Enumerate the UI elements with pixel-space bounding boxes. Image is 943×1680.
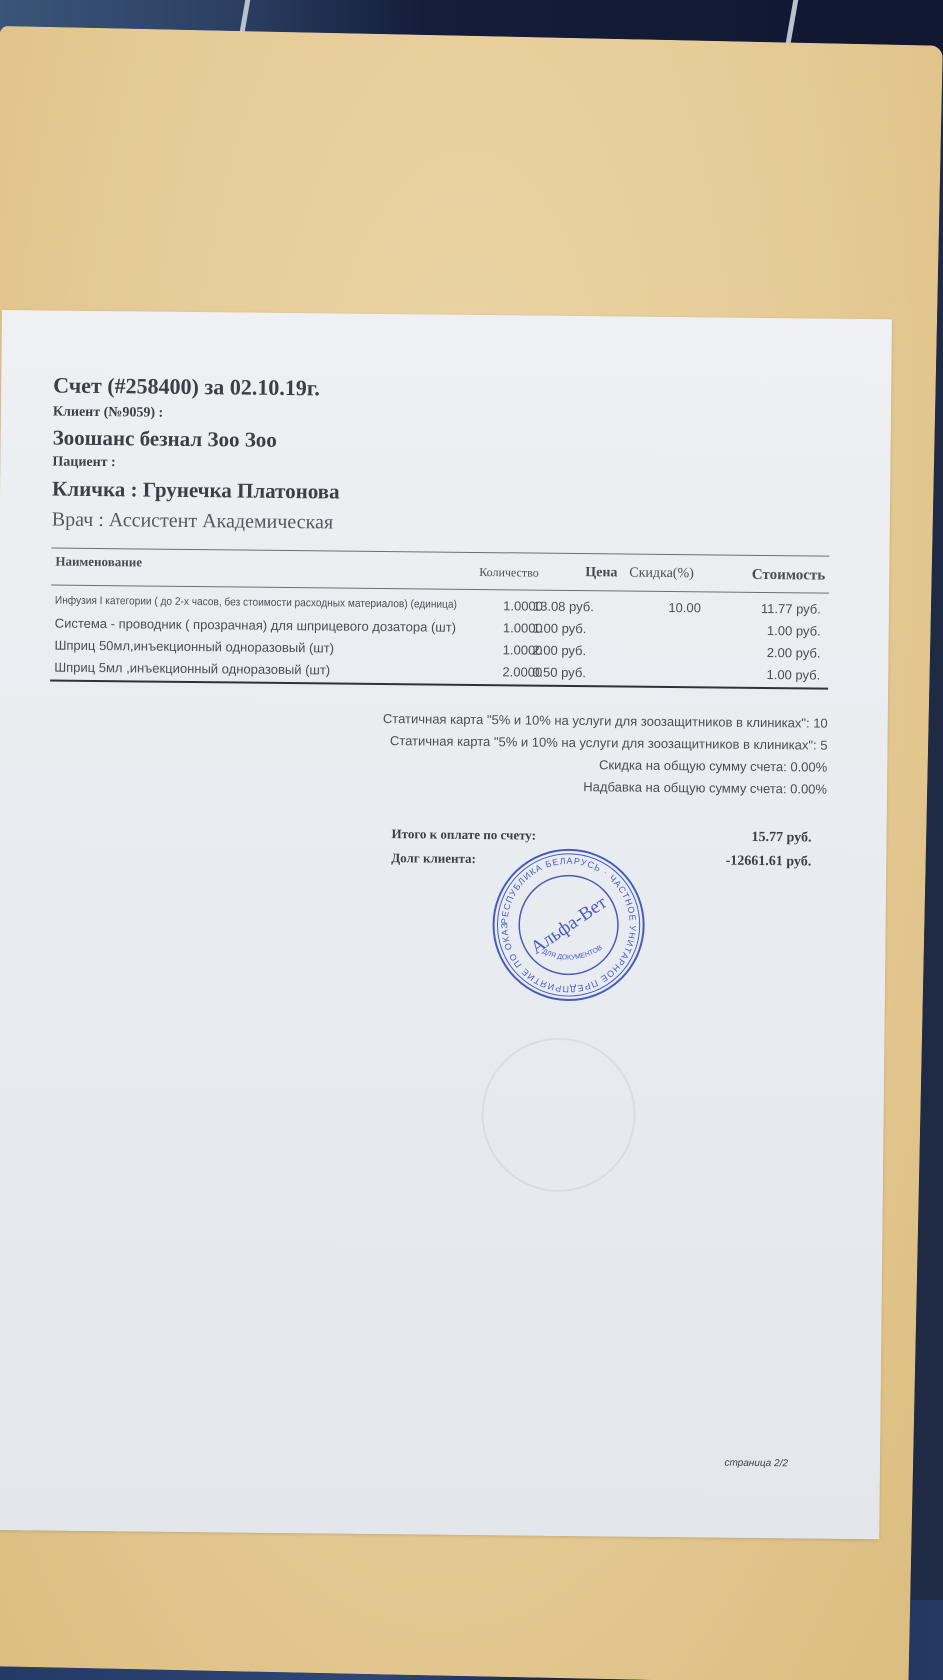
item-price: 13.08 руб. (533, 599, 594, 615)
client-name: Зоошанс безнал Зоо Зоо (53, 426, 277, 453)
item-price: 2.00 руб. (532, 643, 586, 659)
header-name: Наименование (55, 554, 142, 571)
item-name: Шприц 50мл,инъекционный одноразовый (шт) (54, 638, 334, 656)
item-name: Инфузия I категории ( до 2-х часов, без … (55, 595, 457, 611)
total-value: 15.77 руб. (752, 830, 812, 847)
item-price: 0.50 руб. (532, 665, 586, 681)
item-name: Система - проводник ( прозрачная) для шп… (55, 616, 456, 635)
item-name: Шприц 5мл ,инъекционный одноразовый (шт) (54, 660, 330, 678)
header-qty: Количество (479, 565, 539, 581)
items-table: Наименование Количество Цена Скидка(%) С… (50, 548, 829, 690)
debt-label: Долг клиента: (391, 850, 476, 867)
header-cost: Стоимость (752, 567, 826, 585)
client-label: Клиент (№9059) : (53, 405, 163, 422)
summary-line: Надбавка на общую сумму счета: 0.00% (382, 774, 827, 801)
item-cost: 1.00 руб. (767, 623, 821, 639)
item-cost: 1.00 руб. (766, 667, 820, 683)
item-cost: 11.77 руб. (761, 601, 821, 617)
doctor-name: Врач : Ассистент Академическая (52, 509, 334, 535)
page-number: страница 2/2 (724, 1458, 788, 1470)
total-label: Итого к оплате по счету: (391, 826, 536, 844)
discount-summary: Статичная карта "5% и 10% на услуги для … (382, 708, 828, 801)
company-stamp: РЕСПУБЛИКА БЕЛАРУСЬ · ЧАСТНОЕ УНИТАРНОЕ … (489, 845, 649, 1005)
item-cost: 2.00 руб. (767, 645, 821, 661)
header-discount: Скидка(%) (629, 566, 694, 583)
patient-label: Пациент : (52, 455, 116, 472)
header-price: Цена (585, 565, 617, 581)
summary-line: Статичная карта "5% и 10% на услуги для … (383, 730, 828, 757)
debt-value: -12661.61 руб. (726, 854, 812, 871)
faint-stamp-impression (481, 1037, 637, 1193)
pet-name: Кличка : Грунечка Платонова (52, 477, 340, 505)
invoice-title: Счет (#258400) за 02.10.19г. (53, 373, 320, 402)
item-price: 1.00 руб. (533, 621, 587, 637)
table-body: Инфузия I категории ( до 2-х часов, без … (50, 586, 829, 686)
item-discount: 10.00 (668, 600, 701, 615)
invoice-paper: Счет (#258400) за 02.10.19г. Клиент (№90… (0, 310, 892, 1539)
